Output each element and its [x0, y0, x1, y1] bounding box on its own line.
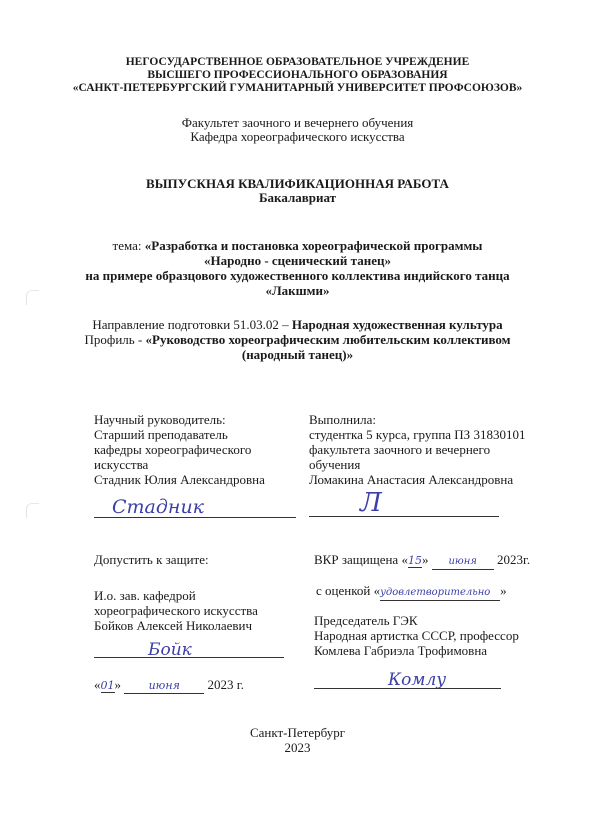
admission-label: Допустить к защите: — [94, 552, 209, 567]
topic-line1: тема: «Разработка и постановка хореограф… — [0, 238, 595, 253]
topic-line3: на примере образцового художественного к… — [0, 268, 595, 283]
work-type: ВЫПУСКНАЯ КВАЛИФИКАЦИОННАЯ РАБОТА — [0, 176, 595, 191]
defense-prefix: ВКР защищена « — [314, 552, 408, 567]
faculty: Факультет заочного и вечернего обучения — [0, 115, 595, 130]
supervisor-position-3: искусства — [94, 457, 265, 472]
admission-block: И.о. зав. кафедрой хореографического иск… — [94, 588, 258, 633]
student-line3: обучения — [309, 457, 525, 472]
profile-line2: (народный танец)» — [0, 347, 595, 362]
supervisor-position-1: Старший преподаватель — [94, 427, 265, 442]
punch-hole-mark — [26, 503, 39, 518]
punch-hole-mark — [26, 290, 39, 305]
student-signature: Л — [360, 488, 382, 518]
org-name-line3: «САНКТ-ПЕТЕРБУРГСКИЙ ГУМАНИТАРНЫЙ УНИВЕР… — [0, 82, 595, 95]
defense-month: июня — [432, 554, 494, 570]
year: 2023 — [0, 740, 595, 755]
supervisor-block: Научный руководитель: Старший преподават… — [94, 412, 265, 487]
student-name: Ломакина Анастасия Александровна — [309, 472, 525, 487]
grade-prefix: с оценкой « — [316, 583, 380, 598]
chair-title: Народная артистка СССР, профессор — [314, 628, 519, 643]
admission-position-1: И.о. зав. кафедрой — [94, 588, 258, 603]
topic-text: «Разработка и постановка хореографическо… — [145, 238, 483, 253]
chair-signature: Комлу — [388, 670, 446, 690]
admission-date-day: 01 — [101, 679, 115, 693]
admission-signature-line — [94, 657, 284, 658]
defense-year: 2023г. — [497, 552, 530, 567]
topic-line2: «Народно - сценический танец» — [0, 253, 595, 268]
degree: Бакалавриат — [0, 190, 595, 205]
direction-prefix: Направление подготовки 51.03.02 – — [92, 317, 292, 332]
student-line2: факультета заочного и вечернего — [309, 442, 525, 457]
student-signature-line — [309, 516, 499, 517]
city: Санкт-Петербург — [0, 725, 595, 740]
direction: Направление подготовки 51.03.02 – Народн… — [0, 317, 595, 332]
org-name-line1: НЕГОСУДАРСТВЕННОЕ ОБРАЗОВАТЕЛЬНОЕ УЧРЕЖД… — [0, 56, 595, 69]
defense-grade: с оценкой «удовлетворительно» — [316, 583, 507, 601]
admission-date-month: июня — [124, 678, 204, 694]
student-block: Выполнила: студентка 5 курса, группа ПЗ … — [309, 412, 525, 487]
supervisor-signature: Стадник — [112, 496, 204, 518]
chair-label: Председатель ГЭК — [314, 613, 519, 628]
department: Кафедра хореографического искусства — [0, 129, 595, 144]
topic-line4: «Лакшми» — [0, 283, 595, 298]
profile: Профиль - «Руководство хореографическим … — [0, 332, 595, 347]
profile-line1: «Руководство хореографическим любительск… — [146, 332, 511, 347]
admission-date-year: 2023 г. — [208, 677, 244, 692]
supervisor-label: Научный руководитель: — [94, 412, 265, 427]
commission-block: Председатель ГЭК Народная артистка СССР,… — [314, 613, 519, 658]
supervisor-position-2: кафедры хореографического — [94, 442, 265, 457]
topic-prefix: тема: — [113, 238, 145, 253]
student-line1: студентка 5 курса, группа ПЗ 31830101 — [309, 427, 525, 442]
student-label: Выполнила: — [309, 412, 525, 427]
direction-name: Народная художественная культура — [292, 317, 503, 332]
admission-position-2: хореографического искусства — [94, 603, 258, 618]
admission-date: «01» июня 2023 г. — [94, 677, 244, 694]
chair-signature-line — [314, 688, 501, 689]
supervisor-name: Стадник Юлия Александровна — [94, 472, 265, 487]
profile-prefix: Профиль - — [85, 332, 146, 347]
supervisor-signature-line — [94, 517, 296, 518]
defense-date: ВКР защищена «15» июня 2023г. — [314, 552, 530, 570]
grade-suffix: » — [500, 583, 507, 598]
chair-name: Комлева Габриэла Трофимовна — [314, 643, 519, 658]
grade-value: удовлетворительно — [380, 585, 500, 601]
defense-day: 15 — [408, 554, 422, 568]
admission-name: Бойков Алексей Николаевич — [94, 618, 258, 633]
org-name-line2: ВЫСШЕГО ПРОФЕССИОНАЛЬНОГО ОБРАЗОВАНИЯ — [0, 69, 595, 82]
